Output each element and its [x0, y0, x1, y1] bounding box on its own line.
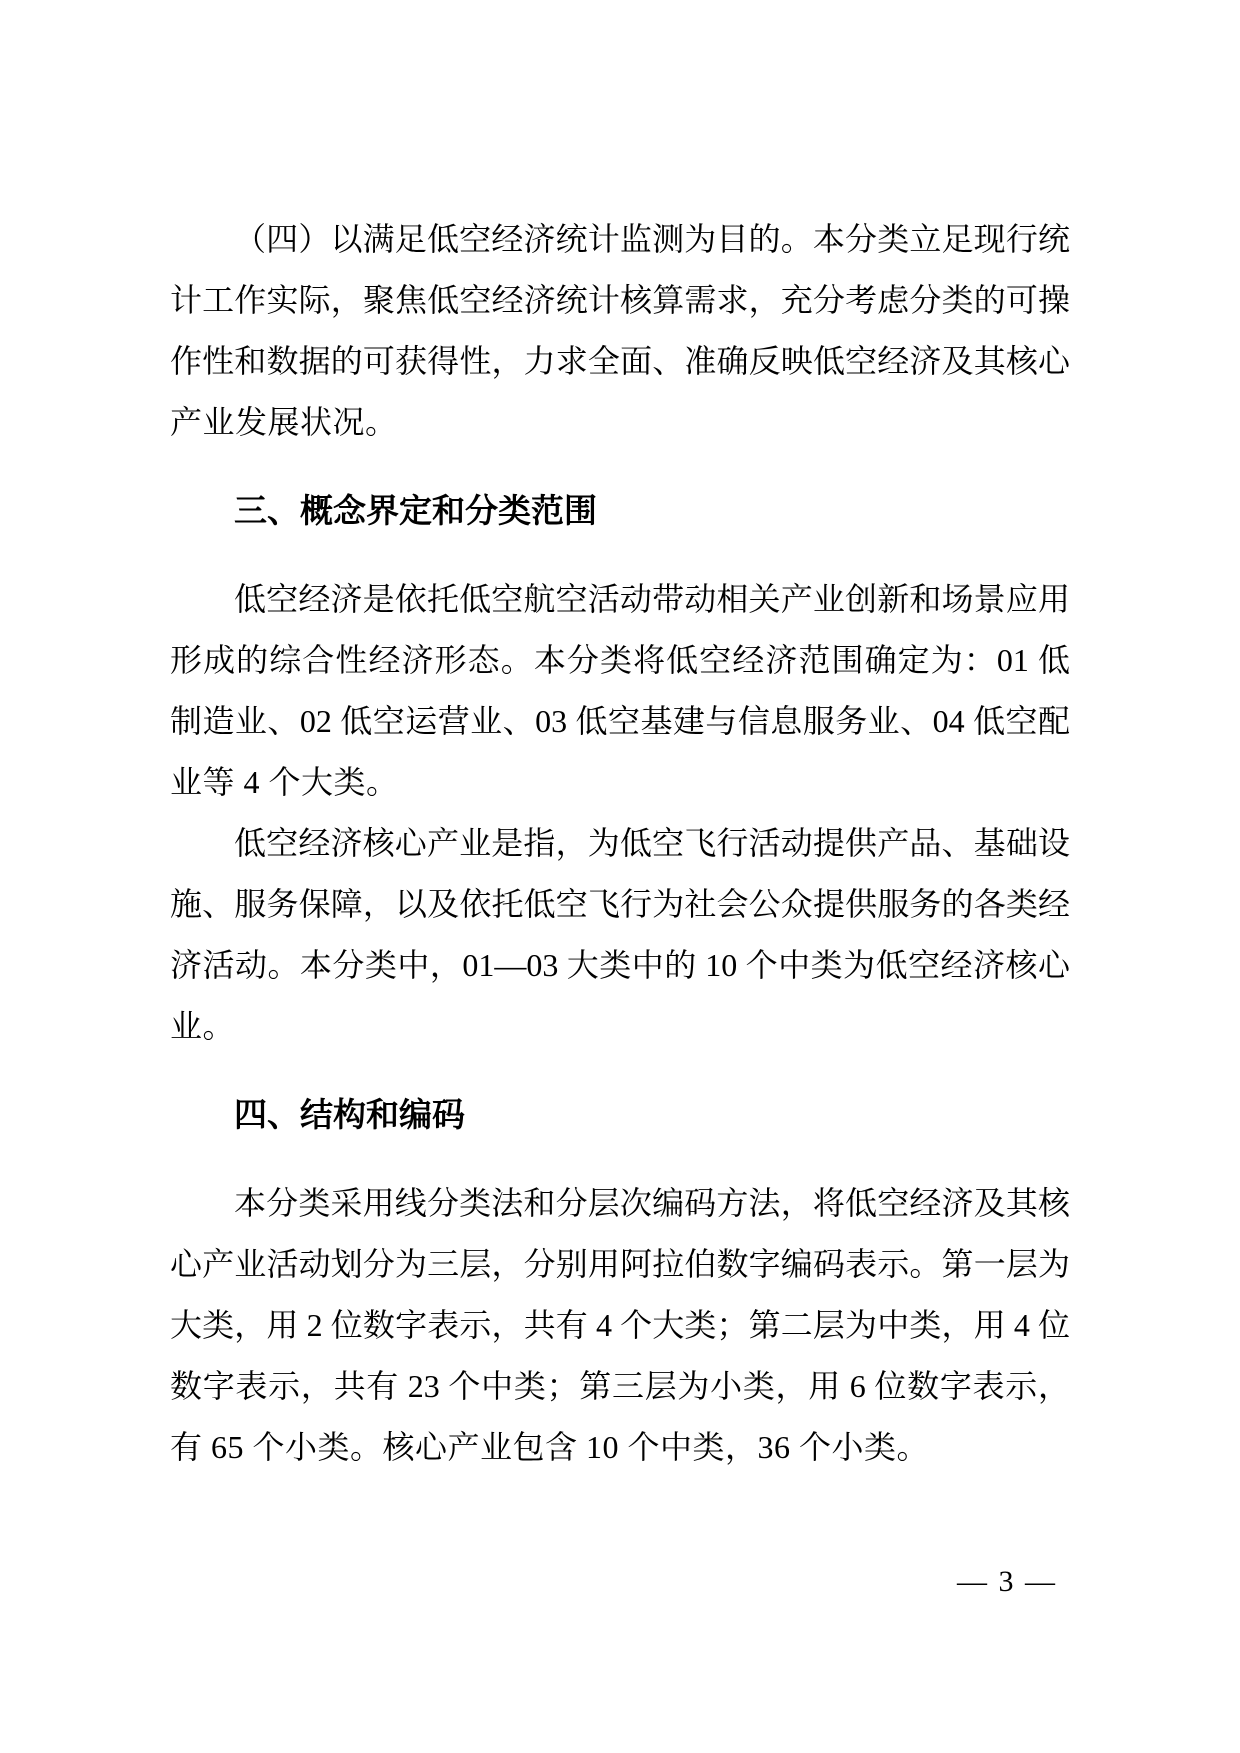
section-3: 三、概念界定和分类范围	[170, 480, 1070, 541]
document-page: （四）以满足低空经济统计监测为目的。本分类立足现行统 计工作实际，聚焦低空经济统…	[0, 0, 1240, 1753]
page-number: — 3 —	[957, 1556, 1057, 1608]
text-line: 数字表示，共有 23 个中类；第三层为小类，用 6 位数字表示，共	[170, 1356, 1070, 1417]
text-line: 本分类采用线分类法和分层次编码方法，将低空经济及其核	[170, 1173, 1070, 1234]
text-line: 低空经济是依托低空航空活动带动相关产业创新和场景应用	[170, 569, 1070, 630]
section-4: 四、结构和编码	[170, 1084, 1070, 1145]
text-line: 产业发展状况。	[170, 392, 1070, 453]
text-line: 计工作实际，聚焦低空经济统计核算需求，充分考虑分类的可操	[170, 270, 1070, 331]
section-heading-definition-scope: 三、概念界定和分类范围	[170, 480, 1070, 541]
section-heading-structure-coding: 四、结构和编码	[170, 1084, 1070, 1145]
text-line: 形成的综合性经济形态。本分类将低空经济范围确定为：01 低空	[170, 630, 1070, 691]
text-line: 低空经济核心产业是指，为低空飞行活动提供产品、基础设	[170, 813, 1070, 874]
paragraph-purpose: （四）以满足低空经济统计监测为目的。本分类立足现行统 计工作实际，聚焦低空经济统…	[170, 209, 1070, 453]
paragraph-definition: 低空经济是依托低空航空活动带动相关产业创新和场景应用 形成的综合性经济形态。本分…	[170, 569, 1070, 813]
text-line: 大类，用 2 位数字表示，共有 4 个大类；第二层为中类，用 4 位	[170, 1295, 1070, 1356]
text-line: 制造业、02 低空运营业、03 低空基建与信息服务业、04 低空配套	[170, 691, 1070, 752]
paragraph-coding: 本分类采用线分类法和分层次编码方法，将低空经济及其核 心产业活动划分为三层，分别…	[170, 1173, 1070, 1478]
text-line: 业。	[170, 996, 1070, 1057]
text-line: 业等 4 个大类。	[170, 752, 1070, 813]
text-line: 施、服务保障，以及依托低空飞行为社会公众提供服务的各类经	[170, 874, 1070, 935]
text-line: 作性和数据的可获得性，力求全面、准确反映低空经济及其核心	[170, 331, 1070, 392]
text-line: （四）以满足低空经济统计监测为目的。本分类立足现行统	[170, 209, 1070, 270]
text-line: 心产业活动划分为三层，分别用阿拉伯数字编码表示。第一层为	[170, 1234, 1070, 1295]
paragraph-core-industry: 低空经济核心产业是指，为低空飞行活动提供产品、基础设 施、服务保障，以及依托低空…	[170, 813, 1070, 1057]
document-content: （四）以满足低空经济统计监测为目的。本分类立足现行统 计工作实际，聚焦低空经济统…	[170, 209, 1070, 1478]
text-line: 有 65 个小类。核心产业包含 10 个中类，36 个小类。	[170, 1417, 1070, 1478]
text-line: 济活动。本分类中，01—03 大类中的 10 个中类为低空经济核心产	[170, 935, 1070, 996]
